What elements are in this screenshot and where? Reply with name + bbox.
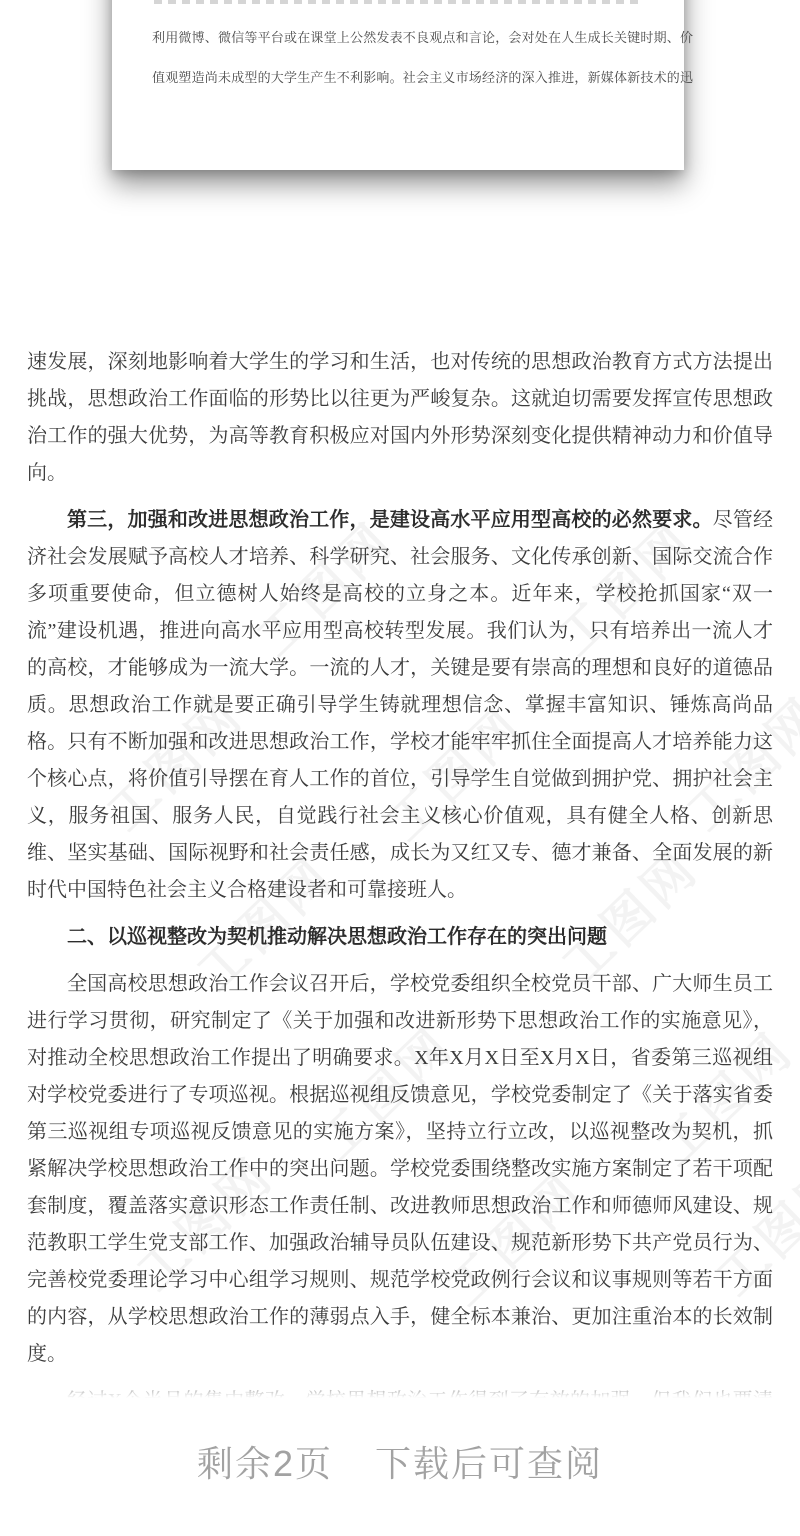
paragraph-continuation: 速发展，深刻地影响着大学生的学习和生活，也对传统的思想政治教育方式方法提出挑战，…: [27, 344, 773, 492]
page1-text-block: 利用微博、微信等平台或在课堂上公然发表不良观点和言论，会对处在人生成长关键时期、…: [152, 18, 644, 98]
download-hint-label: 下载后可查阅: [375, 1443, 603, 1484]
section-heading: 二、以巡视整改为契机推动解决思想政治工作存在的突出问题: [27, 919, 773, 956]
paragraph-body: 尽管经济社会发展赋予高校人才培养、科学研究、社会服务、文化传承创新、国际交流合作…: [27, 509, 773, 901]
page1-preview-card: 利用微博、微信等平台或在课堂上公然发表不良观点和言论，会对处在人生成长关键时期、…: [112, 0, 684, 170]
remaining-pages-notice: 剩余2页下载后可查阅: [0, 1436, 800, 1487]
paragraph-rectification: 经过X个半月的集中整改，学校思想政治工作得到了有效的加强。但我们也要清醒地看到，…: [27, 1383, 773, 1406]
paragraph-inspection: 全国高校思想政治工作会议召开后，学校党委组织全校党员干部、广大师生员工进行学习贯…: [27, 966, 773, 1373]
paragraph-bold-lead: 第三，加强和改进思想政治工作，是建设高水平应用型高校的必然要求。: [67, 509, 713, 531]
page1-text-line: 值观塑造尚未成型的大学生产生不利影响。社会主义市场经济的深入推进，新媒体新技术的…: [152, 58, 644, 98]
paragraph-third-point: 第三，加强和改进思想政治工作，是建设高水平应用型高校的必然要求。尽管经济社会发展…: [27, 502, 773, 909]
page1-clipped-text-line: [154, 0, 642, 4]
page2-document-text: 速发展，深刻地影响着大学生的学习和生活，也对传统的思想政治教育方式方法提出挑战，…: [27, 344, 773, 1406]
page1-text-line: 利用微博、微信等平台或在课堂上公然发表不良观点和言论，会对处在人生成长关键时期、…: [152, 18, 644, 58]
remaining-pages-label: 剩余2页: [197, 1443, 333, 1484]
